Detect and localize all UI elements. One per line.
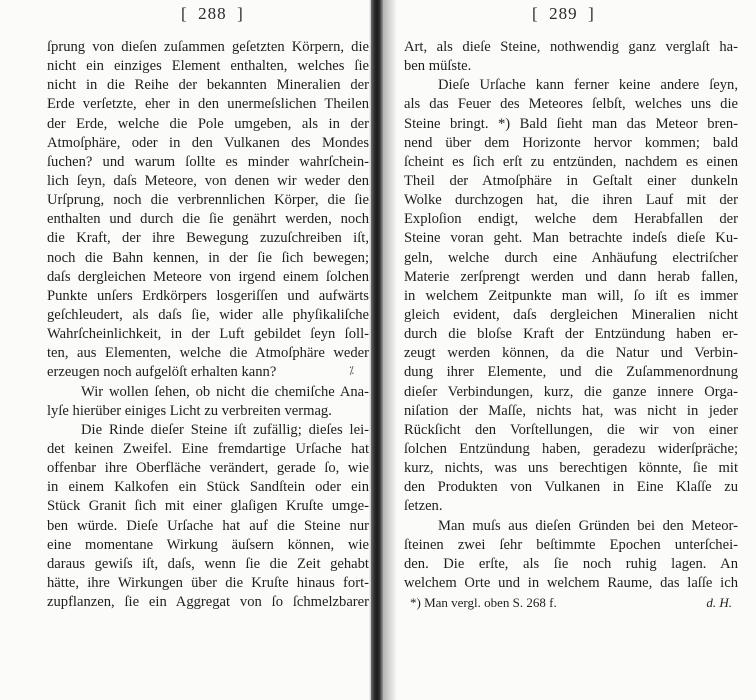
text-line: welchem Orte und in welchem Raume, das l… (404, 574, 738, 593)
text-line: lich ſeyn, daſs Meteore, von denen wir w… (47, 172, 369, 191)
text-line: nend über dem Horizonte hervor kommen; b… (404, 134, 738, 153)
text-line: ſteinen zwei ſehr beſtimmte Epochen unte… (404, 536, 738, 555)
text-line: durch die bloſse Kraft der Entzündung ha… (404, 325, 738, 344)
text-line: in einem Kalkofen ein Stück Sandſtein od… (47, 478, 369, 497)
text-line: daraus gewiſs iſt, daſs, wenn ſie die Ze… (47, 555, 369, 574)
text-line: Theil der Atmoſphäre in Geſtalt einer du… (404, 172, 738, 191)
text-line: nicht in die Reihe der bekannten Mineral… (47, 76, 369, 95)
text-line: hätte, ihre Wirkungen über die Kruſte hi… (47, 574, 369, 593)
text-line: noch die Bahn kennen, in der ſie ſich be… (47, 249, 369, 268)
text-line: Art, als dieſe Steine, nothwendig ganz v… (404, 38, 738, 57)
text-line: nicht ein einziges Element enthalten, we… (47, 57, 369, 76)
text-line: Man muſs aus dieſen Gründen bei den Mete… (404, 517, 738, 536)
text-line: Exploſion endigt, welche dem Herabfallen… (404, 210, 738, 229)
footnote-text: *) Man vergl. oben S. 268 f. (410, 595, 557, 610)
text-line: ben würde. Dieſe Urſache hat auf die Ste… (47, 517, 369, 536)
text-line: ten, aus Elementen, welche die Atmoſphär… (47, 344, 369, 363)
left-page-text: ſprung von dieſen zuſammen geſetzten Kör… (47, 38, 369, 612)
text-line: als das Feuer des Meteores ſelbſt, welch… (404, 95, 738, 114)
text-line: Wir wollen ſehen, ob nicht die chemiſche… (47, 383, 369, 402)
text-line: die Kraft, der ihre Bewegung zuzuſchreib… (47, 229, 369, 248)
text-line: Stück Granit ſich mit einer glaſigen Kru… (47, 497, 369, 516)
text-line: geln, welche durch eine Anhäufung electr… (404, 249, 738, 268)
text-line: Materie zerſprengt werden und dann herab… (404, 268, 738, 287)
page-number-right: [ 289 ] (532, 4, 595, 24)
text-line: Dieſe Urſache kann ferner keine andere ſ… (404, 76, 738, 95)
book-spread: [ 288 ] ſprung von dieſen zuſammen geſet… (0, 0, 756, 700)
text-line: den Produkten von Vulkanen in Eine Klaſſ… (404, 478, 738, 497)
text-line: Urſprung, noch die verbrennlichen Körper… (47, 191, 369, 210)
text-line: Steine voran geht. Man betrachte indeſs … (404, 229, 738, 248)
text-line: Punkte unſers Erdkörpers losgeriſſen und… (47, 287, 369, 306)
text-line: Wahrſcheinlichkeit, in der Luft gebildet… (47, 325, 369, 344)
text-line: ben müſste. (404, 57, 738, 76)
page-number-left: [ 288 ] (181, 4, 244, 24)
text-line: ſcheint es ſich erſt zu entzünden, nachd… (404, 153, 738, 172)
text-line: offenbar ihre Oberfläche verändert, gera… (47, 459, 369, 478)
text-line: zupflanzen, ſie ein Aggregat von ſo ſchm… (47, 593, 369, 612)
text-line: kurz, nichts, was uns berechtigen könnte… (404, 459, 738, 478)
footnote: *) Man vergl. oben S. 268 f.d. H. (404, 593, 738, 612)
text-line: ſprung von dieſen zuſammen geſetzten Kör… (47, 38, 369, 57)
text-line: Wolke durchzogen hat, die ihren Lauf mit… (404, 191, 738, 210)
text-line: dung ihrer Elemente, und die Zuſammenord… (404, 363, 738, 382)
text-line: zeugt werden können, da die Natur und Ve… (404, 344, 738, 363)
text-line: ſolchen Entzündung haben, geradezu wider… (404, 440, 738, 459)
text-line: Atmoſphäre, oder in den Vulkanen des Mon… (47, 134, 369, 153)
text-line: der Erde, welche die Pole umgeben, als i… (47, 115, 369, 134)
footnote-author: d. H. (706, 593, 732, 612)
text-line: Steine bringt. *) Bald ſieht man das Met… (404, 115, 738, 134)
text-line: ſetzen. (404, 497, 738, 516)
text-line: geſchleudert, als daſs ſie, wider alle p… (47, 306, 369, 325)
text-line: gleich evident, daſs dergleichen Mineral… (404, 306, 738, 325)
text-line: eine momentane Wirkung äuſsern können, w… (47, 536, 369, 555)
text-line: lyſe hierüber einiges Licht zu verbreite… (47, 402, 369, 421)
text-line: enthalten und durch die ſie genährt werd… (47, 210, 369, 229)
text-line: niſation der Maſſe, nichts hat, was nich… (404, 402, 738, 421)
text-line: den. Die erſte, als ſie noch ruhig lagen… (404, 555, 738, 574)
text-line: in welchem Zeitpunkte man will, ſo iſt e… (404, 287, 738, 306)
margin-mark: ⁒ (349, 364, 354, 377)
right-page: [ 289 ] Art, als dieſe Steine, nothwendi… (382, 0, 756, 700)
text-line: dieſer Verbindungen, kurz, die ganze inn… (404, 383, 738, 402)
left-page: [ 288 ] ſprung von dieſen zuſammen geſet… (0, 0, 374, 700)
text-line: ſuchen? und warum ſollte es minder wahrſ… (47, 153, 369, 172)
text-line: daſs dergleichen Meteore von irgend eine… (47, 268, 369, 287)
text-line: Rückſicht den Vorſtellungen, die wir von… (404, 421, 738, 440)
text-line: det keinen Zweifel. Eine fremdartige Urſ… (47, 440, 369, 459)
text-line: Erde verſetzte, eher in den unermeſslich… (47, 95, 369, 114)
text-line: erzeugen noch aufgelöſt erhalten kann? (47, 363, 369, 382)
text-line: Die Rinde dieſer Steine iſt zufällig; di… (47, 421, 369, 440)
right-page-text: Art, als dieſe Steine, nothwendig ganz v… (404, 38, 738, 612)
